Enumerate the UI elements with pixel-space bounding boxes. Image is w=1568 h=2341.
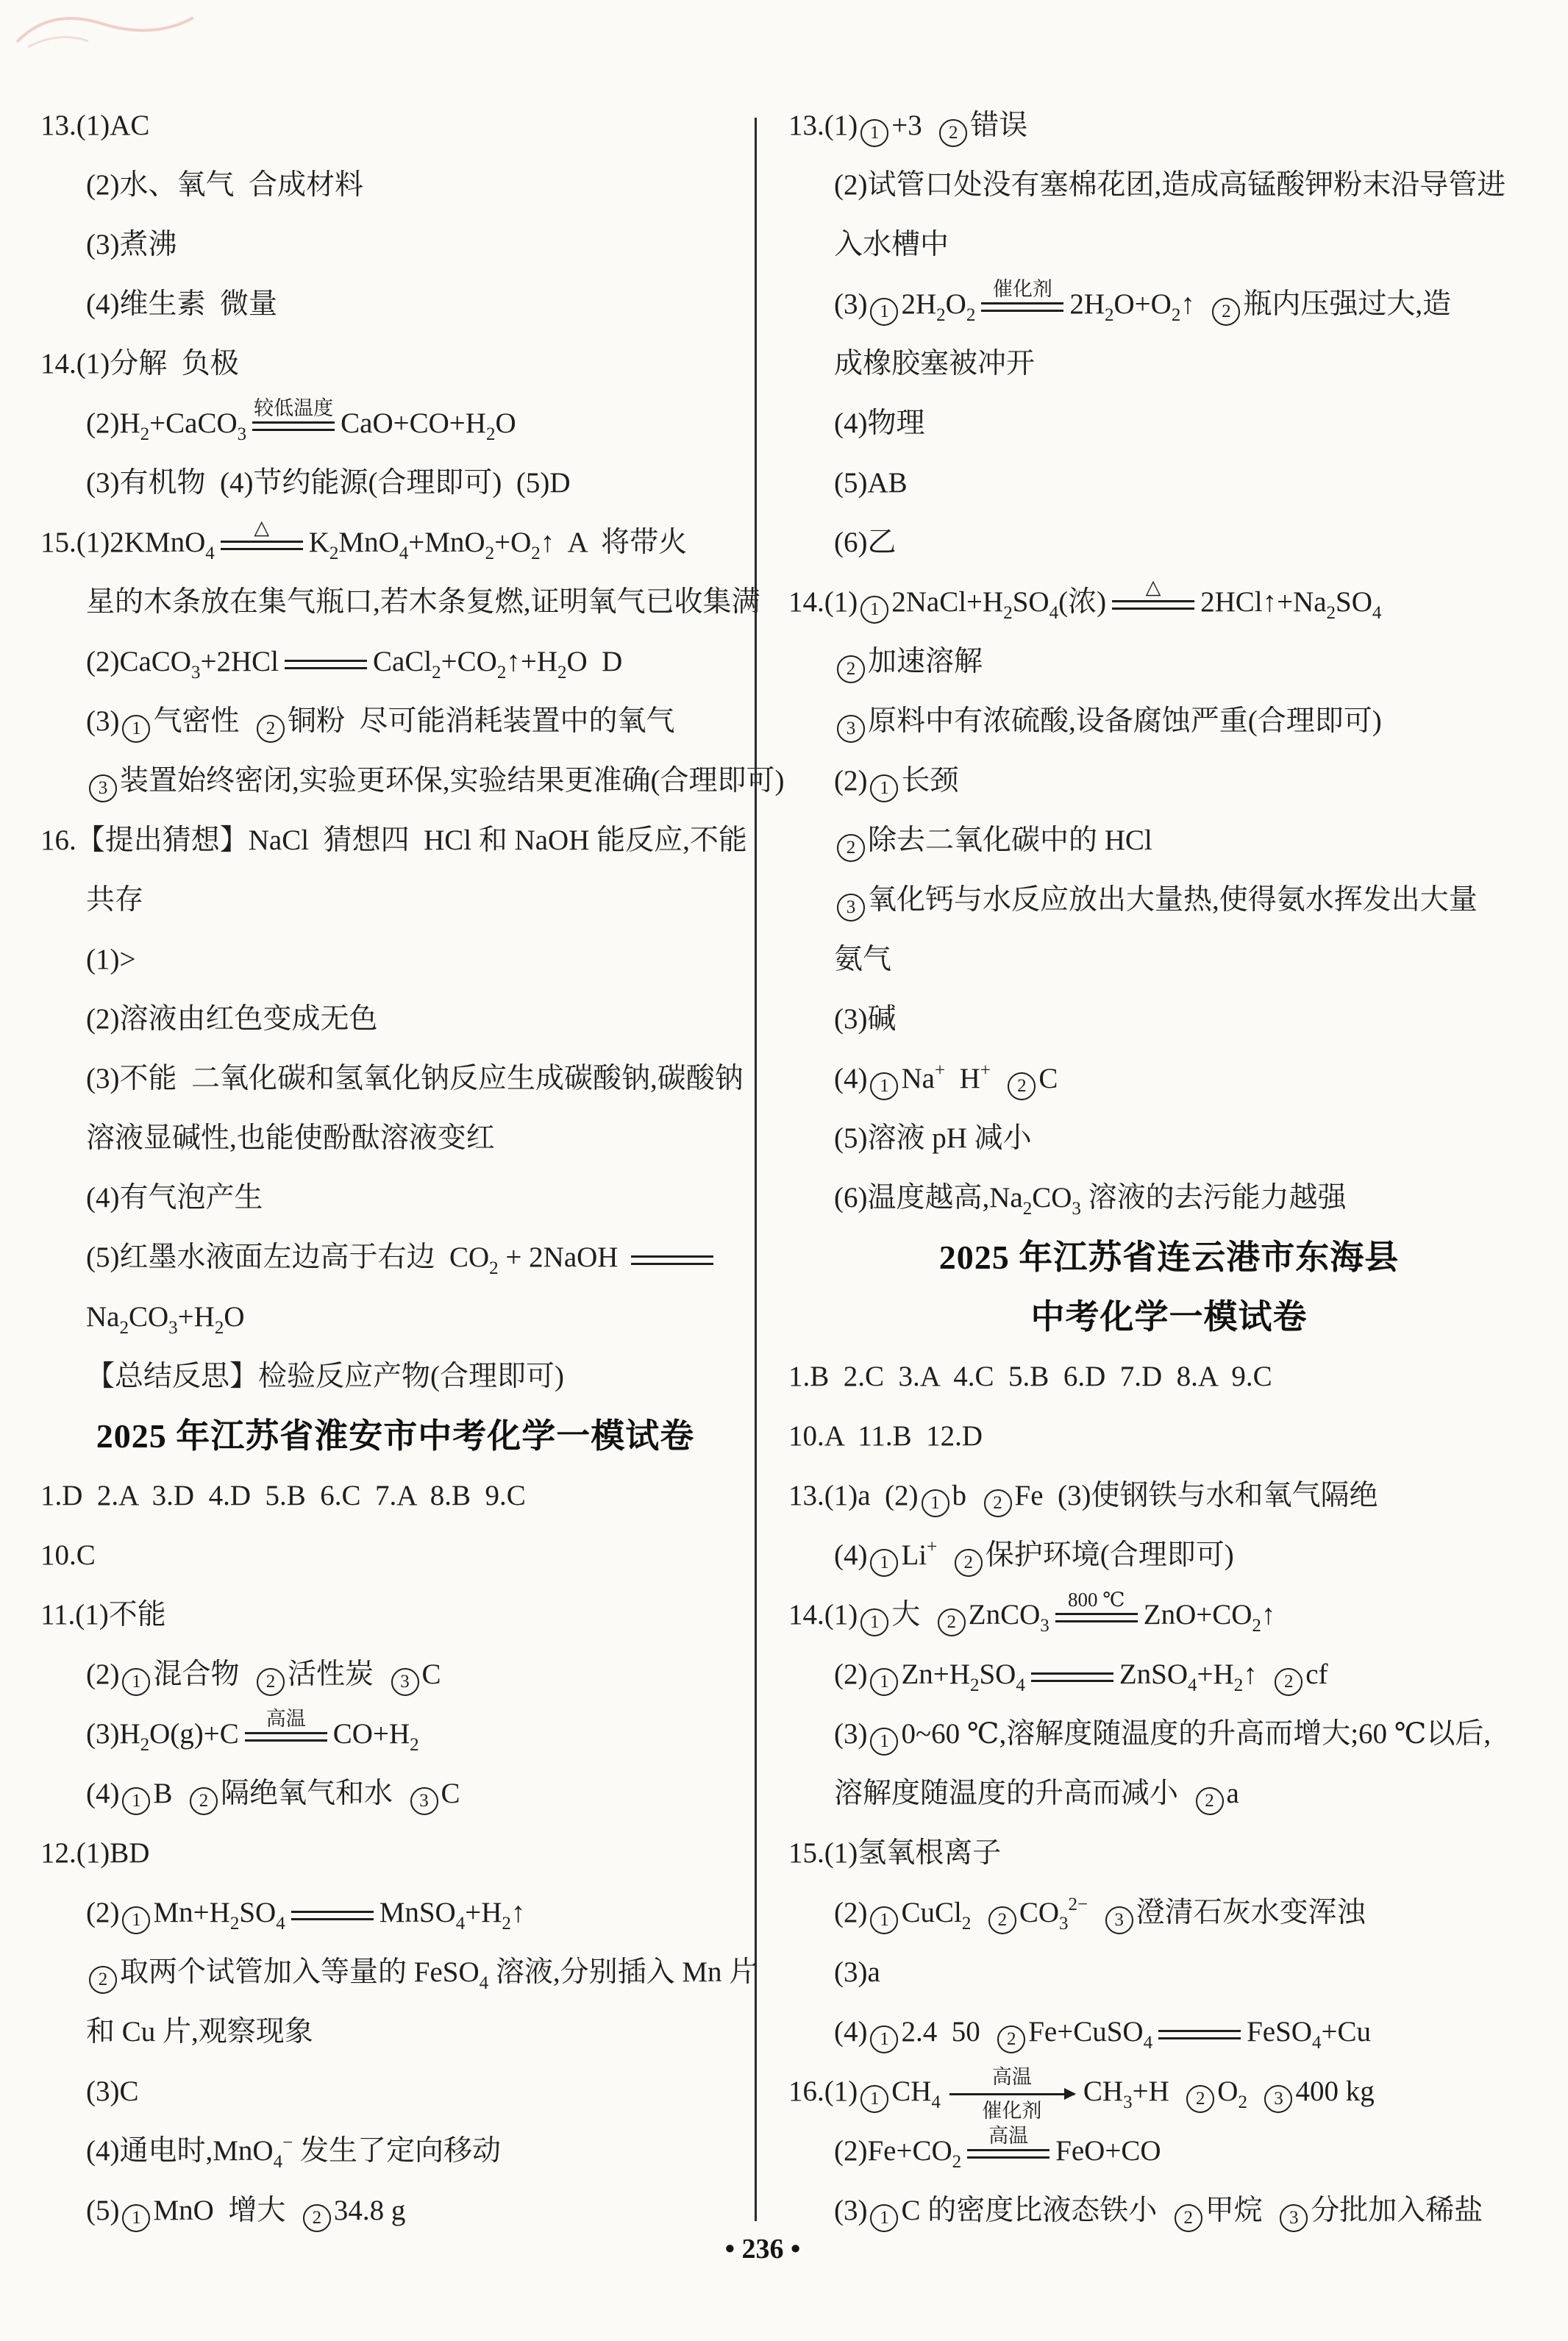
subscript: 2: [140, 1735, 150, 1755]
answer-line: 入水槽中: [788, 215, 1550, 274]
answer-line: (3)10~60 ℃,溶解度随温度的升高而增大;60 ℃以后,: [788, 1704, 1550, 1764]
reaction-condition: 催化剂: [993, 279, 1052, 299]
subscript: 3: [238, 424, 247, 444]
subscript: 2: [140, 424, 150, 444]
subscript: 2: [970, 1675, 980, 1695]
subscript: 4: [1188, 1675, 1197, 1695]
subscript: 3: [1040, 1616, 1050, 1636]
answer-line: 15.(1)氢氧根离子: [788, 1823, 1550, 1883]
reaction-condition: △: [1146, 577, 1161, 597]
subscript: 3: [168, 1318, 178, 1338]
answer-line: (3)H2O(g)+C高温CO+H2: [40, 1704, 750, 1764]
answer-line: (4)1B 2隔绝氧气和水 3C: [40, 1764, 750, 1823]
exam-title: 中考化学一模试卷: [788, 1287, 1550, 1347]
reaction-equals-sign: △: [1112, 600, 1194, 610]
subscript: 4: [1016, 1675, 1025, 1695]
reaction-condition: 高温: [988, 2126, 1028, 2146]
reaction-equals-sign: 高温: [245, 1732, 327, 1742]
answer-line: (5)1MnO 增大 234.8 g: [40, 2181, 750, 2240]
subscript: 4: [456, 1914, 466, 1934]
circled-number: 2: [190, 1787, 218, 1815]
answer-line: (3)不能 二氧化碳和氢氧化钠反应生成碳酸钠,碳酸钠: [40, 1049, 750, 1108]
answer-line: (5)溶液 pH 减小: [788, 1108, 1550, 1168]
subscript: 4: [205, 544, 215, 563]
answer-line: (4)通电时,MnO4− 发生了定向移动: [40, 2121, 750, 2181]
subscript: 2: [1105, 305, 1114, 325]
circled-number: 3: [410, 1787, 438, 1815]
answer-line: (4)维生素 微量: [40, 274, 750, 334]
subscript: 2: [557, 663, 567, 683]
superscript: +: [927, 1537, 937, 1557]
circled-number: 2: [257, 715, 285, 743]
superscript: −: [282, 2133, 293, 2153]
right-column: 13.(1)1+3 2错误(2)试管口处没有塞棉花团,造成高锰酸钾粉末沿导管进入…: [788, 96, 1550, 2240]
circled-number: 2: [1186, 2085, 1214, 2113]
reaction-condition: △: [254, 517, 269, 538]
circled-number: 2: [303, 2204, 331, 2232]
answer-line: (4)有气泡产生: [40, 1168, 750, 1227]
answer-line: (4)12.4 50 2Fe+CuSO4FeSO4+Cu: [788, 2002, 1550, 2062]
subscript: 2: [1234, 1675, 1244, 1695]
page-number: • 236 •: [700, 2227, 825, 2271]
circled-number: 3: [391, 1668, 419, 1696]
answer-line: (4)1Li+ 2保护环境(合理即可): [788, 1525, 1550, 1585]
subscript: 4: [1372, 603, 1382, 623]
circled-number: 1: [870, 1906, 898, 1934]
subscript: 2: [489, 1258, 499, 1278]
answer-line: 13.(1)AC: [40, 96, 750, 155]
answer-line: 2加速溶解: [788, 632, 1550, 691]
circled-number: 3: [1105, 1906, 1133, 1934]
circled-number: 2: [988, 1906, 1016, 1934]
answer-line: (2)试管口处没有塞棉花团,造成高锰酸钾粉末沿导管进: [788, 155, 1550, 215]
subscript: 4: [1312, 2033, 1322, 2053]
answer-line: 14.(1)1大 2ZnCO3800 ℃ZnO+CO2↑: [788, 1585, 1550, 1645]
circled-number: 1: [870, 1072, 898, 1100]
answer-line: 1.B 2.C 3.A 4.C 5.B 6.D 7.D 8.A 9.C: [788, 1347, 1550, 1406]
answer-line: (2)Fe+CO2高温FeO+CO: [788, 2121, 1550, 2181]
reaction-equals-sign: [285, 660, 367, 669]
answer-line: Na2CO3+H2O: [40, 1287, 750, 1347]
answer-line: (2)1Mn+H2SO4MnSO4+H2↑: [40, 1883, 750, 1942]
subscript: 2: [962, 1914, 972, 1934]
circled-number: 2: [939, 119, 967, 147]
answer-line: 10.C: [40, 1525, 750, 1585]
circled-number: 1: [860, 2085, 888, 2113]
answer-line: 成橡胶塞被冲开: [788, 334, 1550, 393]
subscript: 2: [410, 1735, 419, 1755]
answer-line: (5)AB: [788, 453, 1550, 513]
subscript: 2: [119, 1318, 129, 1338]
circled-number: 1: [860, 1608, 888, 1636]
subscript: 2: [502, 1914, 511, 1934]
answer-line: (2)1Zn+H2SO4ZnSO4+H2↑ 2cf: [788, 1645, 1550, 1704]
superscript: +: [935, 1061, 945, 1080]
answer-line: 1.D 2.A 3.D 4.D 5.B 6.C 7.A 8.B 9.C: [40, 1466, 750, 1525]
subscript: 2: [230, 1914, 240, 1934]
superscript: 2−: [1069, 1895, 1088, 1914]
answer-line: 13.(1)1+3 2错误: [788, 96, 1550, 155]
answer-line: 14.(1)分解 负极: [40, 334, 750, 393]
answer-line: 14.(1)12NaCl+H2SO4(浓)△2HCl↑+Na2SO4: [788, 572, 1550, 632]
answer-line: (2)水、氧气 合成材料: [40, 155, 750, 215]
circled-number: 2: [837, 834, 865, 862]
subscript: 4: [480, 1973, 489, 1993]
subscript: 4: [1144, 2033, 1153, 2053]
subscript: 2: [215, 1318, 224, 1338]
answer-line: (3)12H2O2催化剂2H2O+O2↑ 2瓶内压强过大,造: [788, 274, 1550, 334]
circled-number: 1: [870, 2025, 898, 2053]
answer-line: 溶液显碱性,也能使酚酞溶液变红: [40, 1108, 750, 1168]
circled-number: 1: [122, 1668, 150, 1696]
circled-number: 2: [997, 2025, 1025, 2053]
circled-number: 2: [984, 1489, 1012, 1517]
circled-number: 3: [89, 774, 117, 802]
answer-line: (3)碱: [788, 989, 1550, 1049]
circled-number: 1: [922, 1489, 949, 1517]
circled-number: 3: [837, 715, 865, 743]
answer-line: 溶解度随温度的升高而减小 2a: [788, 1764, 1550, 1823]
circled-number: 3: [1280, 2204, 1308, 2232]
exam-title: 2025 年江苏省淮安市中考化学一模试卷: [40, 1406, 750, 1466]
answer-line: (3)有机物 (4)节约能源(合理即可) (5)D: [40, 453, 750, 513]
answer-line: 11.(1)不能: [40, 1585, 750, 1645]
circled-number: 1: [860, 119, 888, 147]
answer-line: (4)1Na+ H+ 2C: [788, 1049, 1550, 1108]
answer-line: (2)溶液由红色变成无色: [40, 989, 750, 1049]
circled-number: 2: [89, 1966, 117, 1994]
circled-number: 2: [1196, 1787, 1224, 1815]
circled-number: 1: [122, 1787, 150, 1815]
subscript: 2: [485, 544, 495, 563]
subscript: 2: [486, 424, 496, 444]
answer-line: 12.(1)BD: [40, 1823, 750, 1883]
circled-number: 2: [955, 1549, 983, 1577]
answer-line: (3)C: [40, 2062, 750, 2121]
subscript: 2: [329, 544, 339, 563]
circled-number: 3: [837, 894, 865, 922]
answer-line: 16.【提出猜想】NaCl 猜想四 HCl 和 NaOH 能反应,不能: [40, 810, 750, 870]
answer-line: 2取两个试管加入等量的 FeSO4 溶液,分别插入 Mn 片: [40, 1942, 750, 2002]
subscript: 4: [399, 544, 409, 563]
subscript: 4: [274, 2152, 283, 2172]
answer-line: 2除去二氧化碳中的 HCl: [788, 810, 1550, 870]
circled-number: 1: [870, 1549, 898, 1577]
exam-title: 2025 年江苏省连云港市东海县: [788, 1227, 1550, 1287]
answer-line: (5)红墨水液面左边高于右边 CO2 + 2NaOH: [40, 1227, 750, 1287]
answer-line: (6)温度越高,Na2CO3 溶液的去污能力越强: [788, 1168, 1550, 1227]
answer-line: 15.(1)2KMnO4△K2MnO4+MnO2+O2↑ A 将带火: [40, 513, 750, 572]
circled-number: 2: [837, 655, 865, 683]
circled-number: 2: [1008, 1072, 1036, 1100]
left-column: 13.(1)AC(2)水、氧气 合成材料(3)煮沸(4)维生素 微量14.(1)…: [40, 96, 750, 2240]
circled-number: 2: [1175, 2204, 1202, 2232]
circled-number: 1: [870, 774, 898, 802]
circled-number: 3: [1264, 2085, 1292, 2113]
subscript: 2: [952, 2152, 962, 2172]
answer-line: (3)1C 的密度比液态铁小 2甲烷 3分批加入稀盐: [788, 2181, 1550, 2240]
answer-line: 【总结反思】检验反应产物(合理即可): [40, 1347, 750, 1406]
subscript: 4: [931, 2092, 941, 2112]
answer-line: (1)>: [40, 930, 750, 989]
subscript: 2: [432, 663, 441, 683]
reaction-equals-sign: [1158, 2030, 1241, 2039]
reaction-condition-top: 高温: [992, 2067, 1032, 2087]
circled-number: 1: [860, 596, 888, 624]
reaction-equals-sign: [1031, 1672, 1113, 1682]
subscript: 2: [1327, 603, 1336, 623]
answer-line: 10.A 11.B 12.D: [788, 1406, 1550, 1466]
circled-number: 2: [1275, 1668, 1302, 1696]
circled-number: 1: [870, 1728, 898, 1756]
reaction-equals-sign: △: [221, 541, 303, 550]
answer-line: 3原料中有浓硫酸,设备腐蚀严重(合理即可): [788, 691, 1550, 751]
reaction-condition-bottom: 催化剂: [982, 2101, 1041, 2121]
circled-number: 1: [122, 2204, 150, 2232]
reaction-equals-sign: [291, 1911, 374, 1920]
answer-line: (2)1混合物 2活性炭 3C: [40, 1645, 750, 1704]
subscript: 4: [276, 1914, 285, 1934]
subscript: 2: [1238, 2092, 1247, 2112]
reaction-equals-sign: 催化剂: [981, 302, 1063, 312]
subscript: 3: [1059, 1914, 1069, 1934]
reaction-equals-sign: 800 ℃: [1055, 1613, 1138, 1622]
circled-number: 2: [257, 1668, 285, 1696]
superscript: +: [980, 1061, 991, 1080]
answer-line: 共存: [40, 870, 750, 930]
circled-number: 1: [870, 1668, 898, 1696]
answer-line: 3氧化钙与水反应放出大量热,使得氨水挥发出大量: [788, 870, 1550, 930]
subscript: 4: [1050, 603, 1059, 623]
answer-line: 13.(1)a (2)1b 2Fe (3)使钢铁与水和氧气隔绝: [788, 1466, 1550, 1525]
answer-line: 星的木条放在集气瓶口,若木条复燃,证明氧气已收集满: [40, 572, 750, 632]
column-divider-line: [755, 118, 757, 2221]
answer-line: (2)CaCO3+2HClCaCl2+CO2↑+H2O D: [40, 632, 750, 691]
subscript: 3: [1072, 1199, 1081, 1219]
subscript: 2: [1003, 603, 1013, 623]
circled-number: 1: [870, 298, 898, 326]
answer-line: (3)1气密性 2铜粉 尽可能消耗装置中的氧气: [40, 691, 750, 751]
reaction-arrow: 高温催化剂: [949, 2093, 1075, 2095]
answer-line: (2)1长颈: [788, 751, 1550, 810]
subscript: 2: [497, 663, 507, 683]
answer-line: (3)煮沸: [40, 215, 750, 274]
subscript: 2: [966, 305, 976, 325]
circled-number: 2: [1212, 298, 1240, 326]
circled-number: 1: [870, 2204, 898, 2232]
subscript: 2: [1023, 1199, 1033, 1219]
reaction-condition: 较低温度: [254, 398, 333, 418]
reaction-condition: 高温: [266, 1708, 306, 1729]
reaction-condition: 800 ℃: [1068, 1589, 1125, 1610]
answer-line: 3装置始终密闭,实验更环保,实验结果更准确(合理即可): [40, 751, 750, 810]
answer-line: (2)H2+CaCO3较低温度CaO+CO+H2O: [40, 393, 750, 453]
circled-number: 2: [938, 1608, 966, 1636]
subscript: 2: [1252, 1616, 1261, 1636]
subscript: 2: [1172, 305, 1181, 325]
answer-line: 氨气: [788, 930, 1550, 989]
subscript: 3: [191, 663, 201, 683]
answer-line: 16.(1)1CH4高温催化剂CH3+H 2O2 3400 kg: [788, 2062, 1550, 2121]
reaction-equals-sign: [631, 1255, 713, 1265]
subscript: 2: [936, 305, 946, 325]
subscript: 3: [1123, 2092, 1133, 2112]
answer-line: (2)1CuCl2 2CO32− 3澄清石灰水变浑浊: [788, 1883, 1550, 1942]
answer-line: 和 Cu 片,观察现象: [40, 2002, 750, 2062]
answer-line: (3)a: [788, 1942, 1550, 2002]
reaction-equals-sign: 高温: [967, 2149, 1050, 2159]
pen-mark-scribble: [6, 1, 212, 60]
circled-number: 1: [122, 715, 150, 743]
answer-line: (4)物理: [788, 393, 1550, 453]
reaction-equals-sign: 较低温度: [252, 421, 335, 431]
subscript: 2: [531, 544, 541, 563]
answer-line: (6)乙: [788, 513, 1550, 572]
circled-number: 1: [122, 1906, 150, 1934]
